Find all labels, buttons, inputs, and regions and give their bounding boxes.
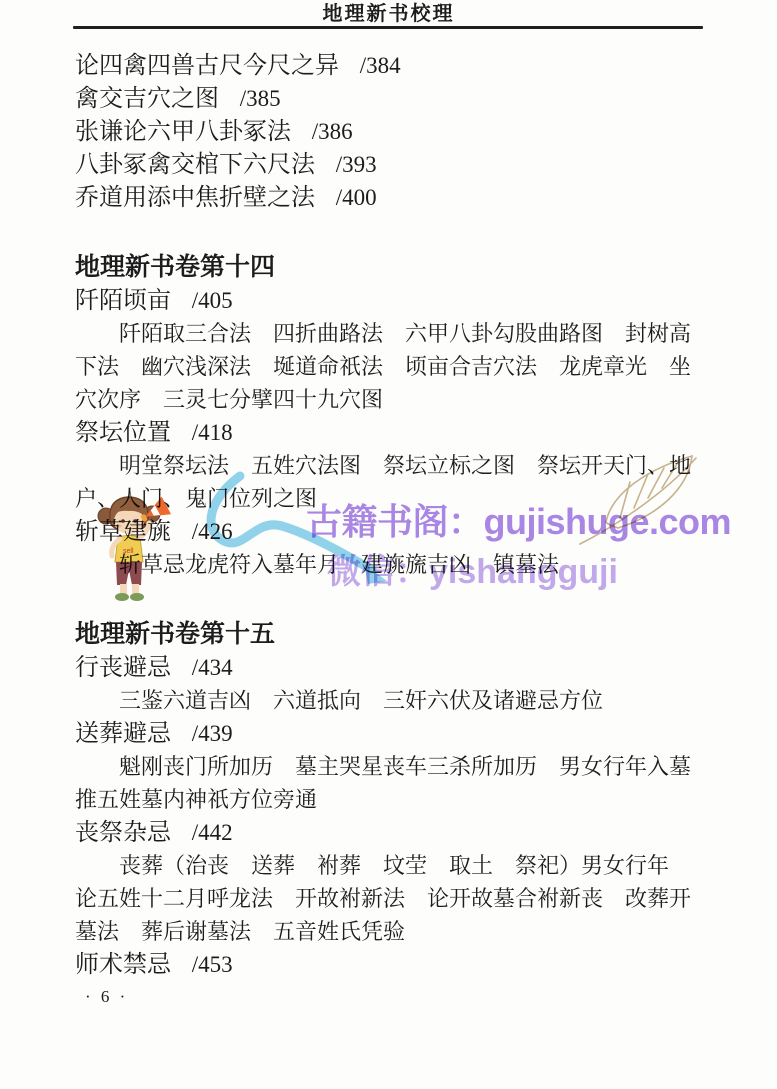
toc-entry-title: 斩草建旐 bbox=[75, 519, 171, 545]
toc-entry-title: 张谦论六甲八卦冢法 bbox=[75, 119, 291, 145]
toc-entry: 阡陌顷亩/405 bbox=[75, 284, 702, 317]
toc-entry: 丧祭杂忌/442 bbox=[75, 816, 702, 849]
toc-entry-title: 丧祭杂忌 bbox=[75, 820, 171, 846]
toc-sub-line: 斩草忌龙虎符入墓年月 建旐旒吉凶 镇墓法 bbox=[75, 548, 702, 581]
toc-sub-line: 明堂祭坛法 五姓穴法图 祭坛立标之图 祭坛开天门、地 bbox=[75, 449, 702, 482]
toc-entry-page: /426 bbox=[192, 519, 233, 544]
toc-entry-page: /400 bbox=[336, 185, 377, 210]
toc-entry-page: /439 bbox=[192, 721, 233, 746]
table-of-contents: 论四禽四兽古尺今尺之异/384 禽交吉穴之图/385 张谦论六甲八卦冢法/386… bbox=[75, 49, 702, 1010]
toc-entry: 论四禽四兽古尺今尺之异/384 bbox=[75, 49, 702, 82]
toc-entry: 斩草建旐/426 bbox=[75, 515, 702, 548]
toc-entry-title: 阡陌顷亩 bbox=[75, 288, 171, 314]
toc-entry-page: /393 bbox=[336, 152, 377, 177]
toc-entry-title: 送葬避忌 bbox=[75, 721, 171, 747]
toc-entry-title: 论四禽四兽古尺今尺之异 bbox=[75, 53, 339, 79]
toc-entry-title: 祭坛位置 bbox=[75, 420, 171, 446]
toc-entry: 张谦论六甲八卦冢法/386 bbox=[75, 115, 702, 148]
toc-entry: 禽交吉穴之图/385 bbox=[75, 82, 702, 115]
toc-sub-line: 下法 幽穴浅深法 埏道命祇法 顷亩合吉穴法 龙虎章光 坐 bbox=[75, 350, 702, 383]
toc-sub-line: 三鉴六道吉凶 六道抵向 三奸六伏及诸避忌方位 bbox=[75, 684, 702, 717]
toc-entry-page: /405 bbox=[192, 288, 233, 313]
toc-entry: 师术禁忌/453 bbox=[75, 948, 702, 981]
toc-sub-line: 墓法 葬后谢墓法 五音姓氏凭验 bbox=[75, 915, 702, 948]
toc-sub-line: 阡陌取三合法 四折曲路法 六甲八卦勾股曲路图 封树高 bbox=[75, 317, 702, 350]
toc-entry-title: 乔道用添中焦折壁之法 bbox=[75, 185, 315, 211]
toc-entry: 乔道用添中焦折壁之法/400 bbox=[75, 181, 702, 214]
toc-entry-title: 师术禁忌 bbox=[75, 952, 171, 978]
toc-sub-line: 推五姓墓内神祇方位旁通 bbox=[75, 783, 702, 816]
scanned-book-page: 地理新书校理 论四禽四兽古尺今尺之异/384 禽交吉穴之图/385 张谦论六甲八… bbox=[0, 0, 777, 1089]
toc-entry-page: /385 bbox=[240, 86, 281, 111]
toc-sub-line: 魁刚丧门所加历 墓主哭星丧车三杀所加历 男女行年入墓 bbox=[75, 750, 702, 783]
toc-entry: 祭坛位置/418 bbox=[75, 416, 702, 449]
folio-page-number: · 6 · bbox=[75, 984, 702, 1010]
toc-entry-page: /386 bbox=[312, 119, 353, 144]
toc-entry-page: /418 bbox=[192, 420, 233, 445]
section-heading-vol14: 地理新书卷第十四 bbox=[75, 251, 702, 284]
toc-entry-page: /442 bbox=[192, 820, 233, 845]
toc-entry-page: /384 bbox=[360, 53, 401, 78]
toc-entry: 八卦冢禽交棺下六尺法/393 bbox=[75, 148, 702, 181]
toc-sub-line: 穴次序 三灵七分擘四十九穴图 bbox=[75, 383, 702, 416]
toc-entry: 送葬避忌/439 bbox=[75, 717, 702, 750]
toc-entry-title: 八卦冢禽交棺下六尺法 bbox=[75, 152, 315, 178]
running-head-title: 地理新书校理 bbox=[0, 0, 777, 26]
toc-entry: 行丧避忌/434 bbox=[75, 651, 702, 684]
toc-entry-page: /434 bbox=[192, 655, 233, 680]
toc-entry-title: 禽交吉穴之图 bbox=[75, 86, 219, 112]
toc-sub-line: 户、人门、鬼门位列之图 bbox=[75, 482, 702, 515]
header-rule bbox=[73, 26, 703, 29]
toc-entry-page: /453 bbox=[192, 952, 233, 977]
section-heading-vol15: 地理新书卷第十五 bbox=[75, 618, 702, 651]
toc-sub-line: 丧葬（治丧 送葬 袝葬 坟茔 取土 祭祀）男女行年 bbox=[75, 849, 702, 882]
toc-entry-title: 行丧避忌 bbox=[75, 655, 171, 681]
toc-sub-line: 论五姓十二月呼龙法 开故袝新法 论开故墓合袝新丧 改葬开 bbox=[75, 882, 702, 915]
